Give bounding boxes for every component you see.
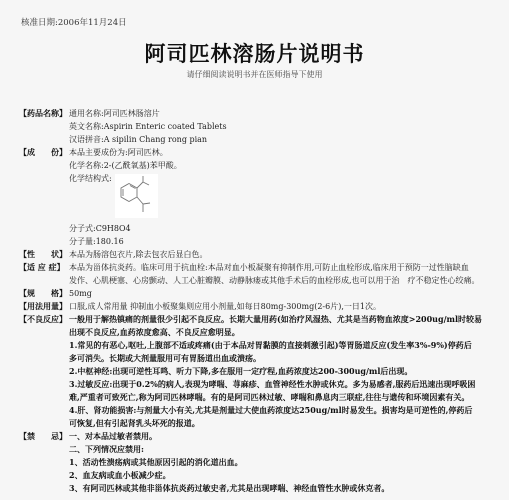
section-contraindications: 【禁 忌】 一、对本品过敏者禁用。 二、下列情况应禁用: 1、活动性溃疡病或其他… bbox=[19, 430, 499, 495]
leaflet-content: 【药品名称】 通用名称:阿司匹林肠溶片 英文名称:Aspirin Enteric… bbox=[19, 107, 499, 495]
adverse-item-3-cont: 难,严重者可致死亡,称为阿司匹林哮喘。有的是阿司匹林过敏、哮喘和鼻息肉三联症,往… bbox=[69, 391, 499, 404]
contraindication-item: 一、对本品过敏者禁用。 bbox=[69, 430, 499, 443]
adverse-intro-line: 一般用于解热镇痛的剂量很少引起不良反应。长期大量用药(如治疗风湿热、尤其是当药物… bbox=[69, 313, 499, 326]
contraindication-sub-item: 3、有阿司匹林或其他非甾体抗炎药过敏史者,尤其是出现哮喘、神经血管性水肿或休克者… bbox=[69, 482, 499, 495]
appearance-text: 本品为肠溶包衣片,除去包衣后显白色。 bbox=[69, 248, 499, 261]
section-drug-name: 【药品名称】 通用名称:阿司匹林肠溶片 英文名称:Aspirin Enteric… bbox=[19, 107, 499, 146]
section-specification: 【规 格】 50mg bbox=[19, 287, 499, 300]
page-title: 阿司匹林溶肠片说明书 bbox=[0, 38, 509, 68]
approval-date: 核准日期:2006年11月24日 bbox=[21, 16, 127, 28]
section-indications: 【适 应 症】 本品为甾体抗炎药。临床可用于抗血栓:本品对血小板凝聚有抑制作用,… bbox=[19, 261, 499, 287]
adverse-item-1: 1.常见的有恶心,呕吐,上腹部不适或疼痛(由于本品对胃黏膜的直接刺激引起)等胃肠… bbox=[69, 339, 499, 352]
section-label: 【药品名称】 bbox=[19, 107, 69, 120]
main-ingredient: 本品主要成份为:阿司匹林。 bbox=[69, 146, 499, 159]
contraindication-sub-item: 1、活动性溃疡病或其他原因引起的消化道出血。 bbox=[69, 456, 499, 469]
adverse-item-4: 4.肝、肾功能损害:与剂量大小有关,尤其是剂量过大使血药浓度达250ug/ml时… bbox=[69, 404, 499, 417]
section-dosage: 【用法用量】 口服,成人常用量 抑制血小板聚集则应用小剂量,如每日80mg-30… bbox=[19, 300, 499, 313]
adverse-item-2: 2.中枢神经:出现可逆性耳鸣、听力下降,多在服用一定疗程,血药浓度达200-30… bbox=[69, 365, 499, 378]
indications-line: 发作、心肌梗塞、心房颤动、人工心脏瓣膜、动静脉瘘或其他手术后的血栓形成,也可以用… bbox=[69, 274, 499, 287]
molecular-weight: 分子量:180.16 bbox=[69, 235, 499, 248]
contraindication-item: 二、下列情况应禁用: bbox=[69, 443, 499, 456]
molecular-formula: 分子式:C9H8O4 bbox=[69, 222, 499, 235]
section-composition: 【成 份】 本品主要成份为:阿司匹林。 化学名称:2-(乙酰氧基)苯甲酸。 化学… bbox=[19, 146, 499, 248]
aspirin-chemical-structure-icon bbox=[115, 174, 158, 218]
adverse-item-3: 3.过敏反应:出现于0.2%的病人,表现为哮喘、荨麻疹、血管神经性水肿或休克。多… bbox=[69, 378, 499, 391]
section-label: 【不良反应】 bbox=[19, 313, 69, 326]
contraindication-sub-item: 2、血友病或血小板减少症。 bbox=[69, 469, 499, 482]
section-label: 【成 份】 bbox=[19, 146, 69, 159]
adverse-item-1-cont: 多可消失。长期或大剂量服用可有胃肠道出血或溃疡。 bbox=[69, 352, 499, 365]
generic-name: 通用名称:阿司匹林肠溶片 bbox=[69, 107, 499, 120]
section-appearance: 【性 状】 本品为肠溶包衣片,除去包衣后显白色。 bbox=[19, 248, 499, 261]
adverse-item-4-cont: 可恢复,但有引起肾乳头坏死的报道。 bbox=[69, 417, 499, 430]
section-label: 【性 状】 bbox=[19, 248, 69, 261]
chemical-name: 化学名称:2-(乙酰氧基)苯甲酸。 bbox=[69, 159, 499, 172]
structure-label: 化学结构式: bbox=[69, 172, 112, 185]
section-label: 【适 应 症】 bbox=[19, 261, 69, 274]
pinyin-name: 汉语拼音:A sipilin Chang rong pian bbox=[69, 133, 499, 146]
specification-text: 50mg bbox=[69, 287, 499, 300]
english-name: 英文名称:Aspirin Enteric coated Tablets bbox=[69, 120, 499, 133]
section-label: 【禁 忌】 bbox=[19, 430, 69, 443]
section-label: 【规 格】 bbox=[19, 287, 69, 300]
page-subtitle: 请仔细阅读说明书并在医师指导下使用 bbox=[0, 69, 509, 80]
section-adverse-reactions: 【不良反应】 一般用于解热镇痛的剂量很少引起不良反应。长期大量用药(如治疗风湿热… bbox=[19, 313, 499, 430]
section-label: 【用法用量】 bbox=[19, 300, 69, 313]
adverse-intro-line: 出现不良反应,血药浓度愈高、不良反应愈明显。 bbox=[69, 326, 499, 339]
indications-line: 本品为甾体抗炎药。临床可用于抗血栓:本品对血小板凝聚有抑制作用,可防止血栓形成,… bbox=[69, 261, 499, 274]
dosage-text: 口服,成人常用量 抑制血小板聚集则应用小剂量,如每日80mg-300mg(2-6… bbox=[69, 300, 499, 313]
